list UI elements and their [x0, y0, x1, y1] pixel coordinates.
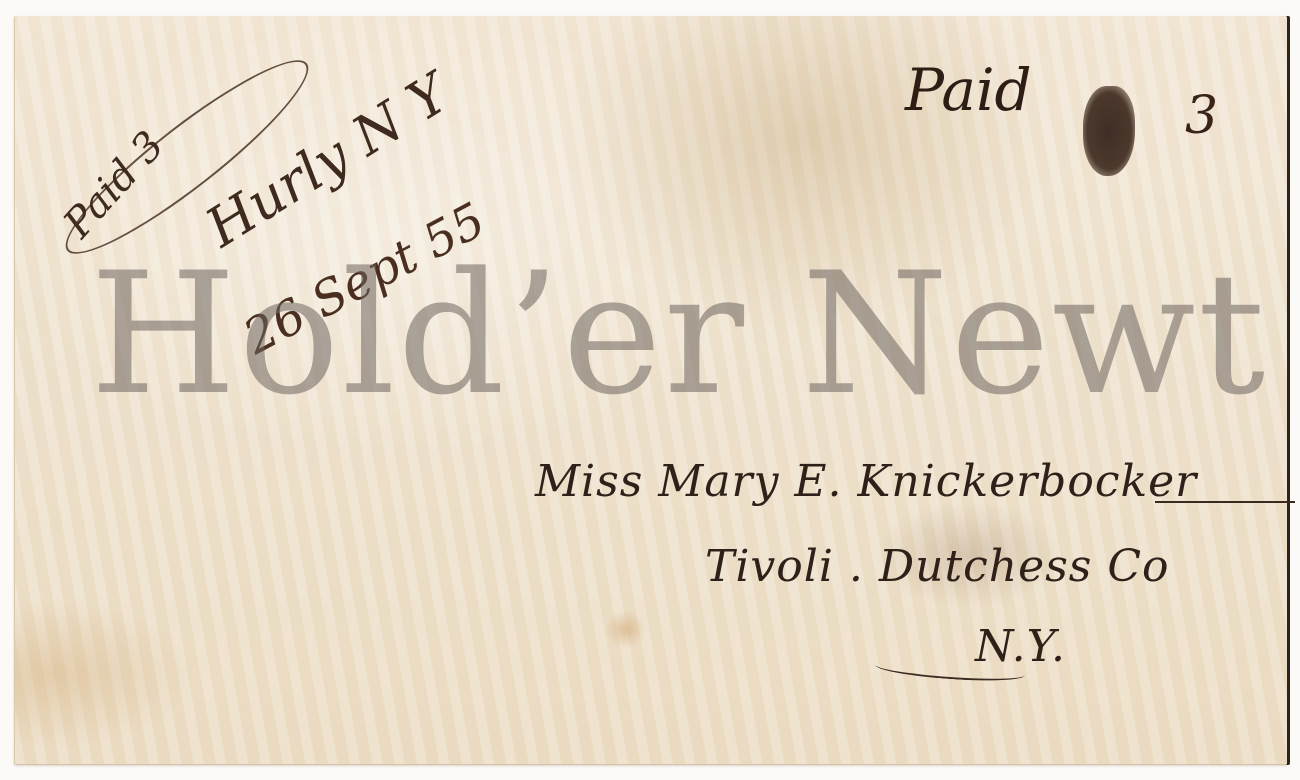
photo-scene: Paid 3 Hurly N Y 26 Sept 55 Paid 3 Miss …	[0, 0, 1300, 780]
paid-right-marking: Paid	[905, 56, 1032, 124]
address-underline	[1155, 501, 1295, 503]
ink-blot	[1083, 86, 1135, 176]
address-line-1: Miss Mary E. Knickerbocker	[535, 456, 1197, 507]
rate-marking: 3	[1185, 86, 1218, 146]
watermark-text: Hold’er Newt	[90, 250, 1267, 418]
address-line-2: Tivoli . Dutchess Co	[705, 541, 1170, 592]
address-line-3: N.Y.	[975, 621, 1066, 672]
